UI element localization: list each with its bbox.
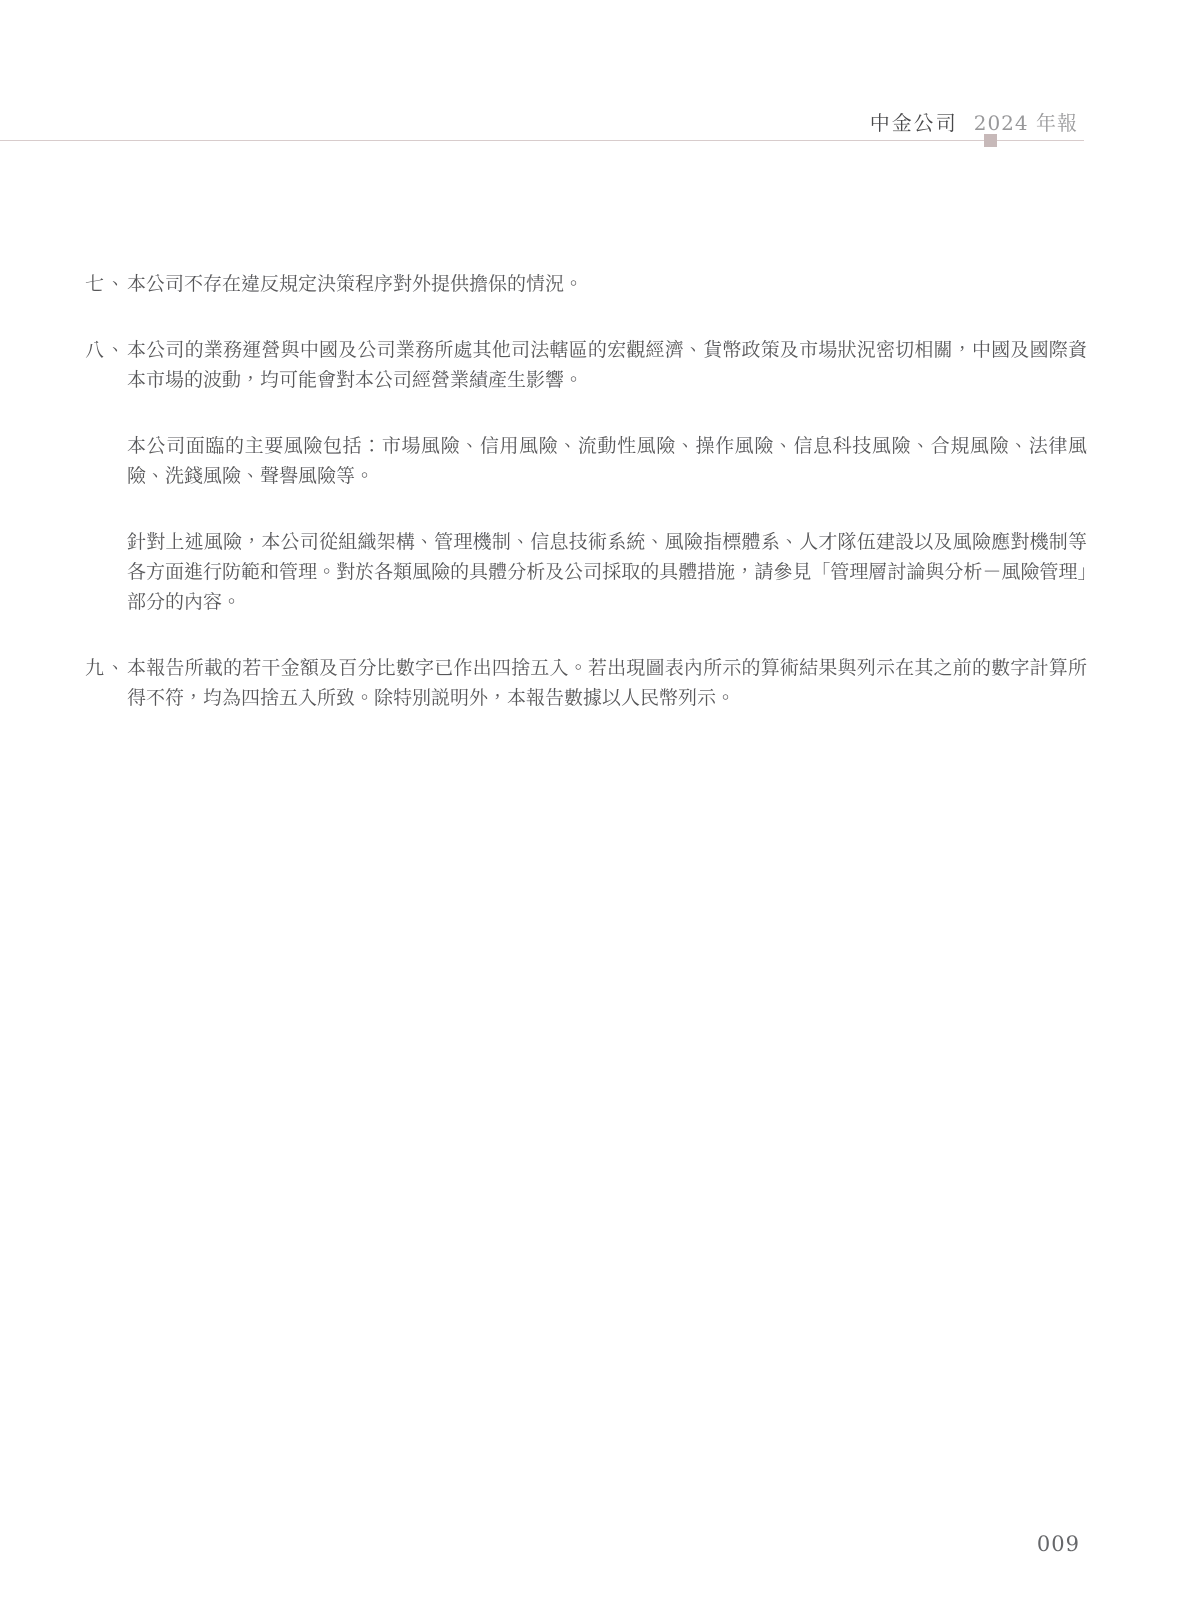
paragraph: 本報告所載的若干金額及百分比數字已作出四捨五入。若出現圖表內所示的算術結果與列示… — [127, 654, 1087, 714]
list-item-eight: 八、 本公司的業務運營與中國及公司業務所處其他司法轄區的宏觀經濟、貨幣政策及市場… — [85, 336, 1087, 654]
item-text: 本公司不存在違反規定決策程序對外提供擔保的情況。 — [127, 270, 1087, 336]
page-header: 中金公司2024 年報 — [870, 111, 1078, 135]
paragraph: 本公司的業務運營與中國及公司業務所處其他司法轄區的宏觀經濟、貨幣政策及市場狀況密… — [127, 336, 1087, 396]
paragraph: 針對上述風險，本公司從組織架構、管理機制、信息技術系統、風險指標體系、人才隊伍建… — [127, 528, 1087, 618]
company-name: 中金公司 — [870, 111, 958, 135]
document-page: 中金公司2024 年報 七、 本公司不存在違反規定決策程序對外提供擔保的情況。 … — [0, 0, 1190, 1615]
page-number: 009 — [1037, 1532, 1080, 1556]
item-text: 本公司的業務運營與中國及公司業務所處其他司法轄區的宏觀經濟、貨幣政策及市場狀況密… — [127, 336, 1087, 654]
paragraph: 本公司面臨的主要風險包括：市場風險、信用風險、流動性風險、操作風險、信息科技風險… — [127, 432, 1087, 492]
list-item-seven: 七、 本公司不存在違反規定決策程序對外提供擔保的情況。 — [85, 270, 1087, 336]
list-item-nine: 九、 本報告所載的若干金額及百分比數字已作出四捨五入。若出現圖表內所示的算術結果… — [85, 654, 1087, 750]
header-rule — [0, 140, 1084, 141]
page-body: 七、 本公司不存在違反規定決策程序對外提供擔保的情況。 八、 本公司的業務運營與… — [85, 270, 1087, 750]
item-number: 九、 — [85, 654, 127, 684]
rule-square-marker — [984, 134, 997, 147]
paragraph: 本公司不存在違反規定決策程序對外提供擔保的情況。 — [127, 270, 1087, 300]
item-number: 七、 — [85, 270, 127, 300]
item-text: 本報告所載的若干金額及百分比數字已作出四捨五入。若出現圖表內所示的算術結果與列示… — [127, 654, 1087, 750]
item-number: 八、 — [85, 336, 127, 366]
report-year: 2024 年報 — [974, 111, 1078, 135]
